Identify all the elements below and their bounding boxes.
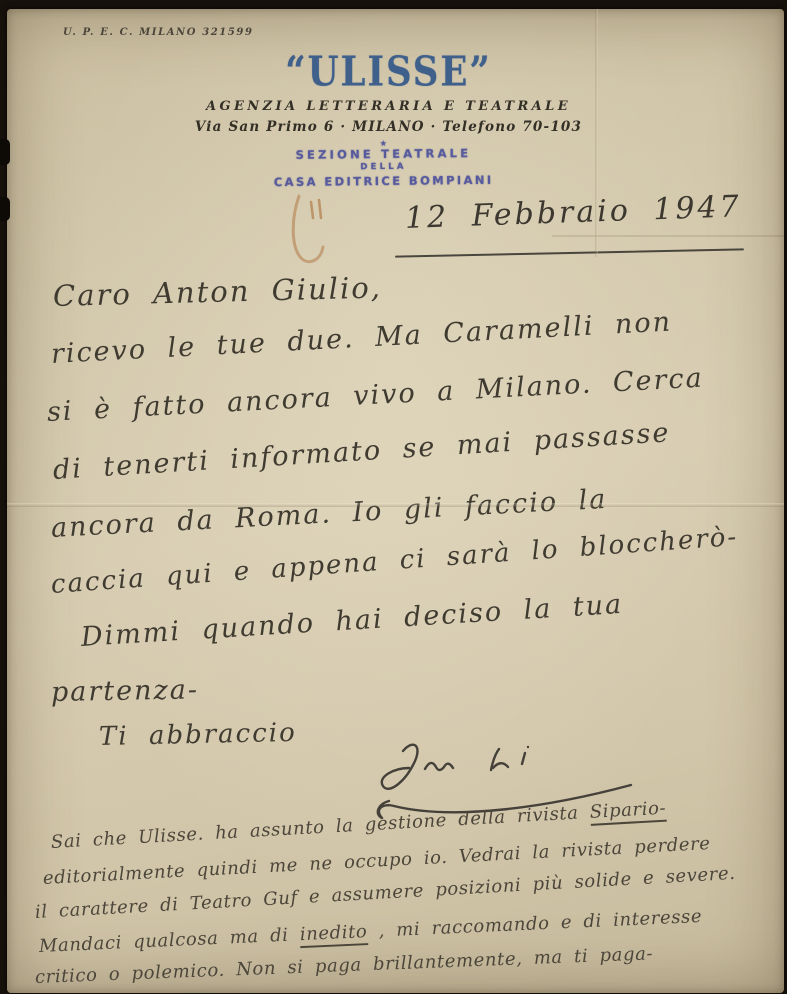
printer-mark: U. P. E. C. MILANO 321599 <box>63 27 254 38</box>
salutation: Caro Anton Giulio, <box>53 270 383 313</box>
closing: Ti abbraccio <box>99 718 297 752</box>
date-underline <box>395 248 744 257</box>
paperclip-rust-stain <box>286 189 338 285</box>
agency-subtitle: AGENZIA LETTERARIA E TEATRALE <box>7 99 770 114</box>
postscript-text: Mandaci qualcosa ma di <box>39 924 301 957</box>
underlined-word: Sipario- <box>589 798 667 826</box>
scan-edge-notch <box>0 139 10 165</box>
handwritten-line: ricevo le tue due. Ma Caramelli non <box>50 306 673 369</box>
handwritten-line: ancora da Roma. Io gli faccio la <box>50 484 608 544</box>
postscript-text: , mi raccomando e di interesse <box>367 906 703 942</box>
handwritten-line: partenza- <box>51 674 199 708</box>
letterhead: “ULISSE” AGENZIA LETTERARIA E TEATRALE V… <box>7 53 770 135</box>
fold-crease-small <box>552 235 784 237</box>
scan-edge-notch <box>0 197 10 221</box>
letter-paper: U. P. E. C. MILANO 321599 “ULISSE” AGENZ… <box>7 9 784 993</box>
underlined-word: inedito <box>299 921 368 948</box>
handwritten-line: si è fatto ancora vivo a Milano. Cerca <box>46 363 704 428</box>
handwritten-line: di tenerti informato se mai passasse <box>52 417 671 486</box>
handwritten-line: Dimmi quando hai deciso la tua <box>80 589 624 653</box>
agency-name: “ULISSE” <box>22 51 754 92</box>
agency-address: Via San Primo 6 · MILANO · Telefono 70-1… <box>7 119 770 135</box>
rubber-stamp: ★ SEZIONE TEATRALE DELLA CASA EDITRICE B… <box>7 137 760 193</box>
handwritten-date: 12 Febbraio 1947 <box>404 189 742 236</box>
